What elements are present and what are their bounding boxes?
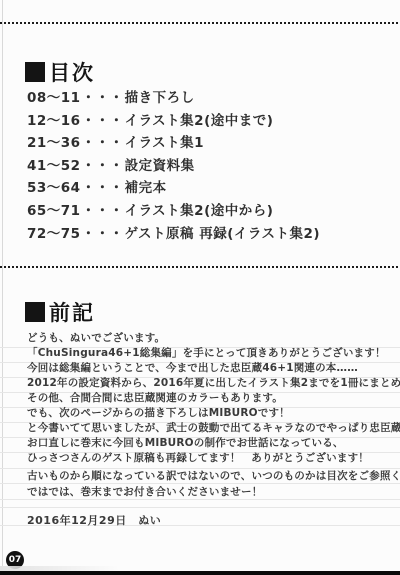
foreword-heading: 前記 (25, 297, 95, 327)
toc-item: 65～71・・・イラスト集2(途中から) (27, 200, 320, 223)
foreword-line: 「ChuSingura46+1総集編」を手にとって頂きありがとうございます！ (27, 346, 400, 361)
toc-item: 08～11・・・描き下ろし (27, 87, 320, 110)
dotted-divider-top (0, 22, 400, 24)
toc-dots: ・・・ (82, 90, 124, 106)
toc-page-range: 72～75 (27, 226, 81, 242)
toc-title: イラスト集2(途中まで) (125, 113, 274, 129)
page-left-edge-artifact (2, 0, 3, 571)
toc-item: 21～36・・・イラスト集1 (27, 132, 320, 155)
toc-dots: ・・・ (82, 203, 124, 219)
toc-page-range: 12～16 (27, 113, 81, 129)
toc-title: イラスト集2(途中から) (125, 203, 274, 219)
toc-dots: ・・・ (82, 113, 124, 129)
toc-item: 72～75・・・ゲスト原稿 再録(イラスト集2) (27, 223, 320, 246)
scan-line (0, 507, 400, 508)
toc-dots: ・・・ (82, 180, 124, 196)
dotted-divider-middle (0, 266, 400, 268)
foreword-line: でも、次のページからの描き下ろしはMIBUROです！ (27, 406, 400, 421)
toc-item: 53～64・・・補完本 (27, 177, 320, 200)
toc-item: 12～16・・・イラスト集2(途中まで) (27, 110, 320, 133)
toc-title: 描き下ろし (125, 90, 195, 106)
foreword-line: 2012年の設定資料から、2016年夏に出したイラスト集2までを1冊にまとめたも… (27, 376, 400, 391)
toc-page-range: 65～71 (27, 203, 81, 219)
foreword-line: ひっさつさんのゲスト原稿も再録してます！ ありがとうございます！ (27, 451, 400, 466)
toc-page-range: 53～64 (27, 180, 81, 196)
toc-dots: ・・・ (82, 226, 124, 242)
toc-page-range: 08～11 (27, 90, 81, 106)
toc-title: ゲスト原稿 再録(イラスト集2) (125, 226, 321, 242)
toc-heading-label: 目次 (49, 57, 95, 87)
toc-heading: 目次 (25, 57, 95, 87)
foreword-line: ではでは、巻末までお付き合いくださいませー！ (27, 485, 400, 501)
toc-title: 補完本 (125, 180, 167, 196)
foreword-heading-label: 前記 (49, 297, 95, 327)
toc-page-range: 21～36 (27, 135, 81, 151)
toc-list: 08～11・・・描き下ろし 12～16・・・イラスト集2(途中まで) 21～36… (27, 87, 320, 245)
scanned-doujin-page: 目次 08～11・・・描き下ろし 12～16・・・イラスト集2(途中まで) 21… (0, 0, 400, 575)
foreword-line: どうも、ぬいでございます。 (27, 331, 400, 346)
foreword-body: どうも、ぬいでございます。 「ChuSingura46+1総集編」を手にとって頂… (27, 331, 400, 466)
foreword-line: 古いものから順になっている訳ではないので、いつのものかは目次をご参照ください。 (27, 469, 400, 485)
foreword-line: その他、合間合間に忠臣蔵関連のカラーもあります。 (27, 391, 400, 406)
toc-page-range: 41～52 (27, 158, 81, 174)
scan-bottom-edge (0, 571, 400, 575)
foreword-closing: 古いものから順になっている訳ではないので、いつのものかは目次をご参照ください。 … (27, 469, 400, 500)
toc-dots: ・・・ (82, 135, 124, 151)
date-signature: 2016年12月29日 ぬい (27, 512, 161, 528)
foreword-line: 今回は総集編ということで、今まで出した忠臣蔵46+1関連の本…… (27, 361, 400, 376)
black-square-marker-icon (25, 302, 45, 322)
foreword-line: と今書いてて思いましたが、武士の鼓動で出てるキャラなのでやっぱり忠臣蔵関連ですね… (27, 421, 400, 436)
black-square-marker-icon (25, 62, 45, 82)
toc-item: 41～52・・・設定資料集 (27, 155, 320, 178)
foreword-line: お口直しに巻末に今回もMIBUROの制作でお世話になっている、 (27, 436, 400, 451)
toc-title: イラスト集1 (125, 135, 205, 151)
toc-title: 設定資料集 (125, 158, 195, 174)
toc-dots: ・・・ (82, 158, 124, 174)
